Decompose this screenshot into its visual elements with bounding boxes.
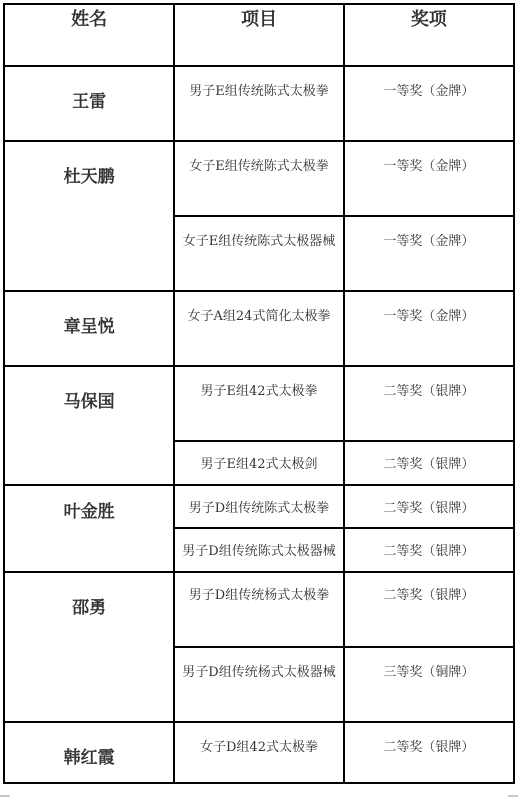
name-cell: 章呈悦 <box>4 291 174 366</box>
award-cell: 一等奖（金牌） <box>344 141 514 216</box>
athlete-name: 马保国 <box>5 387 173 412</box>
athlete-name: 邵勇 <box>5 593 173 618</box>
name-cell: 叶金胜 <box>4 485 174 572</box>
award-text: 三等奖（铜牌） <box>345 661 513 680</box>
award-cell: 二等奖（银牌） <box>344 528 514 572</box>
award-text: 一等奖（金牌） <box>345 305 513 324</box>
event-text: 男子E组传统陈式太极拳 <box>175 80 342 99</box>
event-text: 男子D组传统陈式太极拳 <box>175 497 342 516</box>
event-cell: 男子D组传统陈式太极器械 <box>174 528 343 572</box>
event-cell: 男子E组传统陈式太极拳 <box>174 66 343 141</box>
name-cell: 王雷 <box>4 66 174 141</box>
event-text: 女子E组传统陈式太极拳 <box>175 155 342 174</box>
event-cell: 男子D组传统杨式太极器械 <box>174 647 343 722</box>
event-text: 女子A组24式简化太极拳 <box>175 305 342 324</box>
award-cell: 二等奖（银牌） <box>344 441 514 485</box>
awards-table: 姓名 项目 奖项 王雷 男子E组传统陈式太极拳 一等奖（金牌） 杜天鹏 女子E组… <box>3 3 515 784</box>
table-row: 章呈悦 女子A组24式简化太极拳 一等奖（金牌） <box>4 291 514 366</box>
award-cell: 一等奖（金牌） <box>344 216 514 291</box>
event-text: 男子E组42式太极剑 <box>175 453 342 472</box>
athlete-name: 杜天鹏 <box>5 162 173 187</box>
athlete-name: 韩红霞 <box>5 743 173 768</box>
award-text: 二等奖（银牌） <box>345 584 513 603</box>
award-cell: 二等奖（银牌） <box>344 485 514 528</box>
event-text: 男子D组传统杨式太极器械 <box>175 661 342 680</box>
award-text: 二等奖（银牌） <box>345 540 513 559</box>
award-cell: 三等奖（铜牌） <box>344 647 514 722</box>
table-row: 韩红霞 女子D组42式太极拳 二等奖（银牌） <box>4 722 514 783</box>
event-text: 男子D组传统陈式太极器械 <box>175 540 342 559</box>
table-row: 马保国 男子E组42式太极拳 二等奖（银牌） <box>4 366 514 441</box>
name-cell: 邵勇 <box>4 572 174 722</box>
table-row: 邵勇 男子D组传统杨式太极拳 二等奖（银牌） <box>4 572 514 647</box>
event-cell: 男子E组42式太极拳 <box>174 366 343 441</box>
award-text: 二等奖（银牌） <box>345 736 513 755</box>
event-cell: 女子A组24式简化太极拳 <box>174 291 343 366</box>
award-text: 一等奖（金牌） <box>345 80 513 99</box>
table-row: 杜天鹏 女子E组传统陈式太极拳 一等奖（金牌） <box>4 141 514 216</box>
name-cell: 马保国 <box>4 366 174 485</box>
award-cell: 一等奖（金牌） <box>344 66 514 141</box>
table-header-row: 姓名 项目 奖项 <box>4 4 514 66</box>
table-row: 叶金胜 男子D组传统陈式太极拳 二等奖（银牌） <box>4 485 514 528</box>
event-cell: 女子E组传统陈式太极拳 <box>174 141 343 216</box>
event-cell: 男子D组传统杨式太极拳 <box>174 572 343 647</box>
award-text: 二等奖（银牌） <box>345 453 513 472</box>
athlete-name: 章呈悦 <box>5 312 173 337</box>
event-text: 男子E组42式太极拳 <box>175 380 342 399</box>
header-award: 奖项 <box>344 4 514 66</box>
award-text: 二等奖（银牌） <box>345 497 513 516</box>
event-cell: 女子D组42式太极拳 <box>174 722 343 783</box>
event-cell: 男子D组传统陈式太极拳 <box>174 485 343 528</box>
event-text: 女子E组传统陈式太极器械 <box>175 230 342 249</box>
award-text: 一等奖（金牌） <box>345 230 513 249</box>
award-cell: 二等奖（银牌） <box>344 572 514 647</box>
award-text: 二等奖（银牌） <box>345 380 513 399</box>
event-text: 女子D组42式太极拳 <box>175 736 342 755</box>
header-name: 姓名 <box>4 4 174 66</box>
table-row: 王雷 男子E组传统陈式太极拳 一等奖（金牌） <box>4 66 514 141</box>
event-cell: 女子E组传统陈式太极器械 <box>174 216 343 291</box>
event-cell: 男子E组42式太极剑 <box>174 441 343 485</box>
athlete-name: 叶金胜 <box>5 497 173 522</box>
award-cell: 一等奖（金牌） <box>344 291 514 366</box>
name-cell: 杜天鹏 <box>4 141 174 291</box>
header-event: 项目 <box>174 4 343 66</box>
athlete-name: 王雷 <box>5 87 173 112</box>
award-cell: 二等奖（银牌） <box>344 722 514 783</box>
name-cell: 韩红霞 <box>4 722 174 783</box>
award-text: 一等奖（金牌） <box>345 155 513 174</box>
award-cell: 二等奖（银牌） <box>344 366 514 441</box>
event-text: 男子D组传统杨式太极拳 <box>175 584 342 603</box>
